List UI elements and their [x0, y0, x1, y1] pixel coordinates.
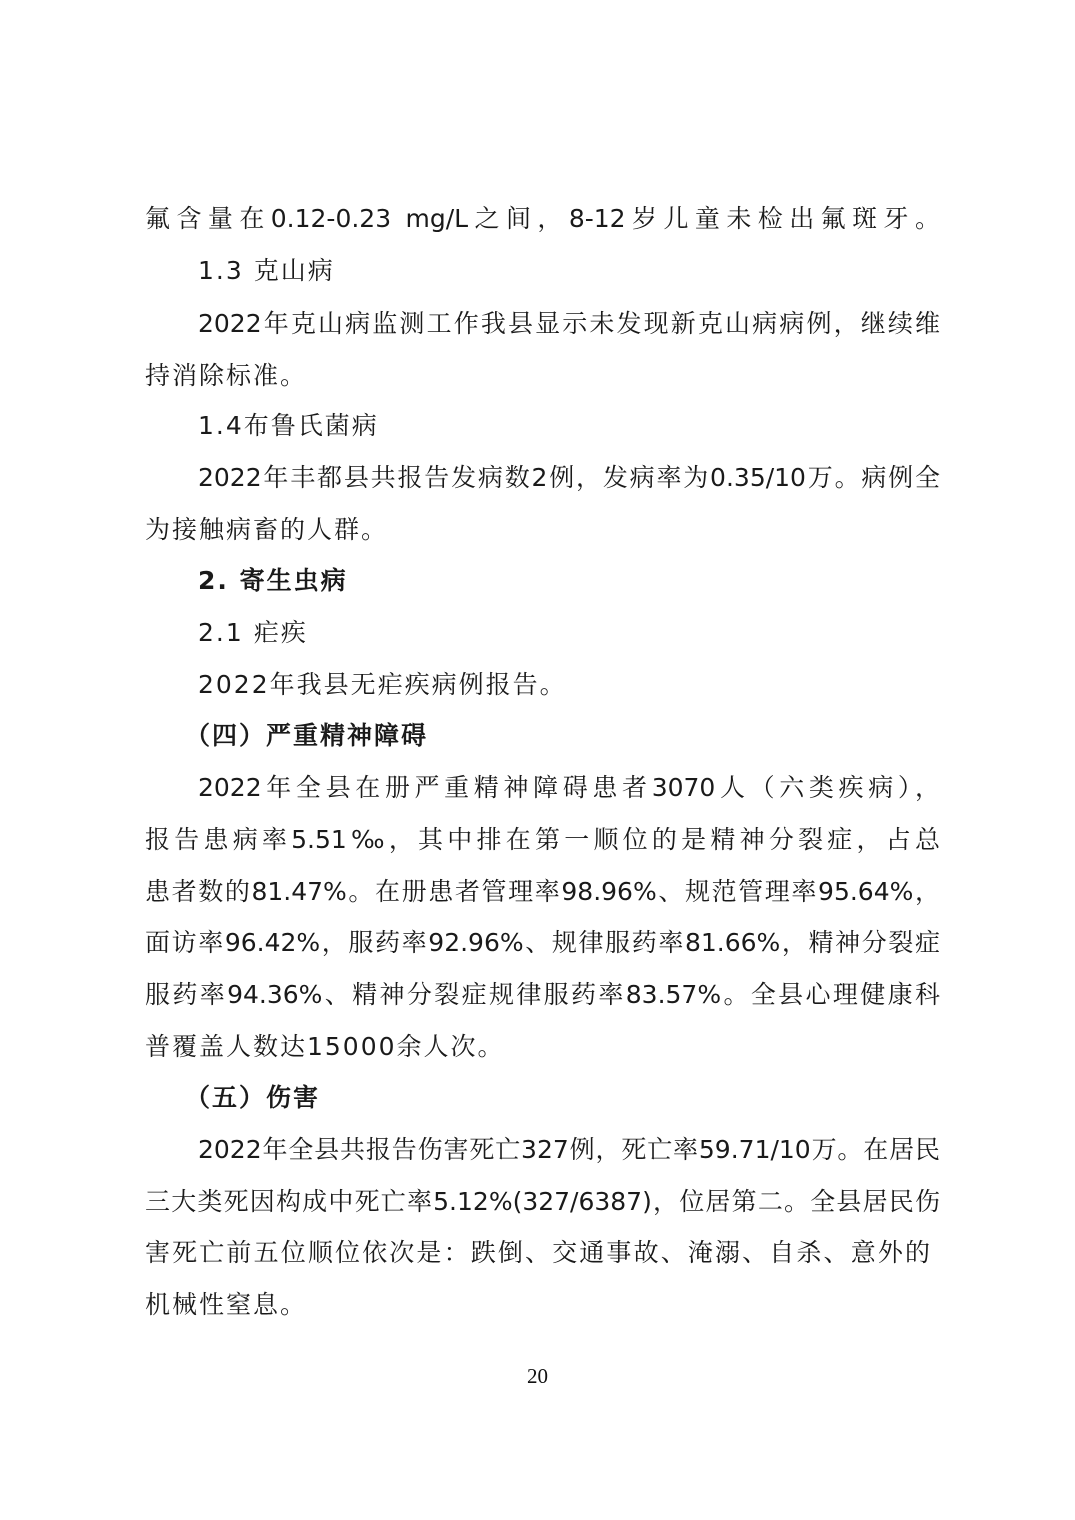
paragraph-line: 2022年克山病监测工作我县显示未发现新克山病病例，继续维 — [198, 309, 940, 339]
section-subheading: 1.3 克山病 — [198, 256, 335, 286]
paragraph-line: 报告患病率5.51‰，其中排在第一顺位的是精神分裂症，占总 — [145, 825, 940, 855]
paragraph-line: 为接触病畜的人群。 — [145, 515, 388, 545]
paragraph-line: 2022年全县共报告伤害死亡327例，死亡率59.71/10万。在居民 — [198, 1135, 940, 1165]
paragraph-line: 患者数的81.47%。在册患者管理率98.96%、规范管理率95.64%， — [145, 877, 940, 907]
paragraph-line: 2022年丰都县共报告发病数2例，发病率为0.35/10万。病例全 — [198, 463, 940, 493]
section-subheading: 1.4布鲁氏菌病 — [198, 411, 379, 441]
paragraph-line: 害死亡前五位顺位依次是：跌倒、交通事故、淹溺、自杀、意外的 — [145, 1238, 930, 1268]
section-heading: （五）伤害 — [185, 1083, 320, 1113]
page-number: 20 — [0, 1364, 1075, 1389]
paragraph-line: 2022年全县在册严重精神障碍患者3070人（六类疾病）， — [198, 773, 940, 803]
document-page: 氟含量在0.12-0.23 mg/L之间，8-12岁儿童未检出氟斑牙。 1.3 … — [0, 0, 1075, 1520]
section-heading: 2. 寄生虫病 — [198, 566, 348, 596]
paragraph-line: 持消除标准。 — [145, 361, 307, 391]
paragraph-line: 三大类死因构成中死亡率5.12%(327/6387)，位居第二。全县居民伤 — [145, 1187, 940, 1217]
paragraph-line: 机械性窒息。 — [145, 1290, 307, 1320]
section-subheading: 2.1 疟疾 — [198, 618, 308, 648]
paragraph-line: 普覆盖人数达15000余人次。 — [145, 1032, 505, 1062]
paragraph-line: 氟含量在0.12-0.23 mg/L之间，8-12岁儿童未检出氟斑牙。 — [145, 204, 940, 234]
paragraph-line: 服药率94.36%、精神分裂症规律服药率83.57%。全县心理健康科 — [145, 980, 940, 1010]
section-heading: （四）严重精神障碍 — [185, 721, 428, 751]
paragraph-line: 2022年我县无疟疾病例报告。 — [198, 670, 567, 700]
paragraph-line: 面访率96.42%，服药率92.96%、规律服药率81.66%，精神分裂症 — [145, 928, 940, 958]
